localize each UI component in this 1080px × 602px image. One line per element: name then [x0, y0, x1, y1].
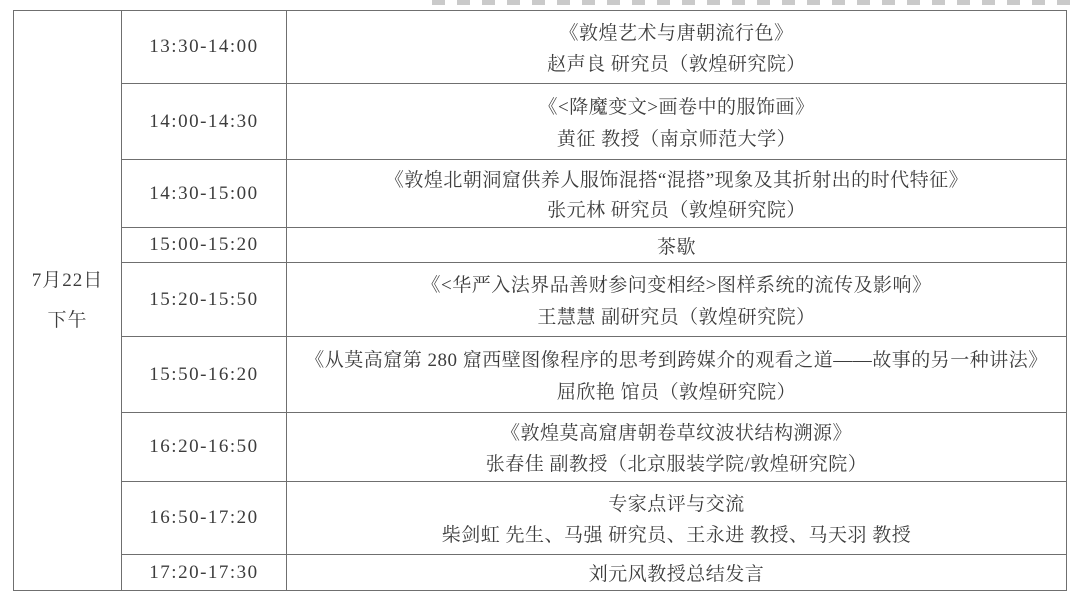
session-cell: 茶歇: [286, 227, 1066, 262]
session-cell: 专家点评与交流 柴剑虹 先生、马强 研究员、王永进 教授、马天羽 教授: [286, 481, 1066, 554]
session-speaker: 张元林 研究员（敦煌研究院）: [547, 195, 806, 222]
time-cell: 15:50-16:20: [121, 336, 286, 412]
cropped-text-remnant: [432, 0, 1075, 5]
session-speaker: 屈欣艳 馆员（敦煌研究院）: [557, 377, 796, 404]
session-title: 《敦煌莫高窟唐朝卷草纹波状结构溯源》: [501, 418, 852, 445]
session-title: 《<华严入法界品善财参问变相经>图样系统的流传及影响》: [422, 270, 932, 297]
time-cell: 14:00-14:30: [121, 83, 286, 159]
session-cell: 《从莫高窟第 280 窟西壁图像程序的思考到跨媒介的观看之道——故事的另一种讲法…: [286, 336, 1066, 412]
session-speaker: 柴剑虹 先生、马强 研究员、王永进 教授、马天羽 教授: [442, 520, 912, 547]
schedule-table: 7月22日 下午 13:30-14:00 《敦煌艺术与唐朝流行色》 赵声良 研究…: [13, 10, 1067, 591]
time-cell: 16:20-16:50: [121, 412, 286, 481]
session-title: 《从莫高窟第 280 窟西壁图像程序的思考到跨媒介的观看之道——故事的另一种讲法…: [305, 345, 1048, 372]
session-cell: 《敦煌北朝洞窟供养人服饰混搭“混搭”现象及其折射出的时代特征》 张元林 研究员（…: [286, 159, 1066, 227]
session-speaker: 黄征 教授（南京师范大学）: [557, 124, 796, 151]
session-speaker: 王慧慧 副研究员（敦煌研究院）: [537, 302, 815, 329]
period-line: 下午: [47, 301, 87, 341]
session-cell: 《敦煌莫高窟唐朝卷草纹波状结构溯源》 张春佳 副教授（北京服装学院/敦煌研究院）: [286, 412, 1066, 481]
time-cell: 15:00-15:20: [121, 227, 286, 262]
date-cell: 7月22日 下午: [14, 11, 121, 590]
session-speaker: 赵声良 研究员（敦煌研究院）: [547, 49, 806, 76]
session-cell: 刘元风教授总结发言: [286, 554, 1066, 590]
date-line: 7月22日: [32, 261, 104, 301]
time-cell: 16:50-17:20: [121, 481, 286, 554]
time-cell: 13:30-14:00: [121, 11, 286, 83]
session-speaker: 张春佳 副教授（北京服装学院/敦煌研究院）: [486, 449, 868, 476]
session-cell: 《敦煌艺术与唐朝流行色》 赵声良 研究员（敦煌研究院）: [286, 11, 1066, 83]
time-cell: 15:20-15:50: [121, 262, 286, 336]
session-cell: 《<华严入法界品善财参问变相经>图样系统的流传及影响》 王慧慧 副研究员（敦煌研…: [286, 262, 1066, 336]
session-title: 《敦煌北朝洞窟供养人服饰混搭“混搭”现象及其折射出的时代特征》: [385, 165, 968, 192]
schedule-page: 7月22日 下午 13:30-14:00 《敦煌艺术与唐朝流行色》 赵声良 研究…: [0, 0, 1080, 602]
session-title: 《敦煌艺术与唐朝流行色》: [559, 18, 793, 45]
time-cell: 14:30-15:00: [121, 159, 286, 227]
session-cell: 《<降魔变文>画卷中的服饰画》 黄征 教授（南京师范大学）: [286, 83, 1066, 159]
session-title: 专家点评与交流: [608, 489, 745, 516]
time-cell: 17:20-17:30: [121, 554, 286, 590]
session-title: 茶歇: [657, 232, 696, 259]
session-title: 《<降魔变文>画卷中的服饰画》: [539, 92, 815, 119]
session-title: 刘元风教授总结发言: [589, 559, 765, 586]
